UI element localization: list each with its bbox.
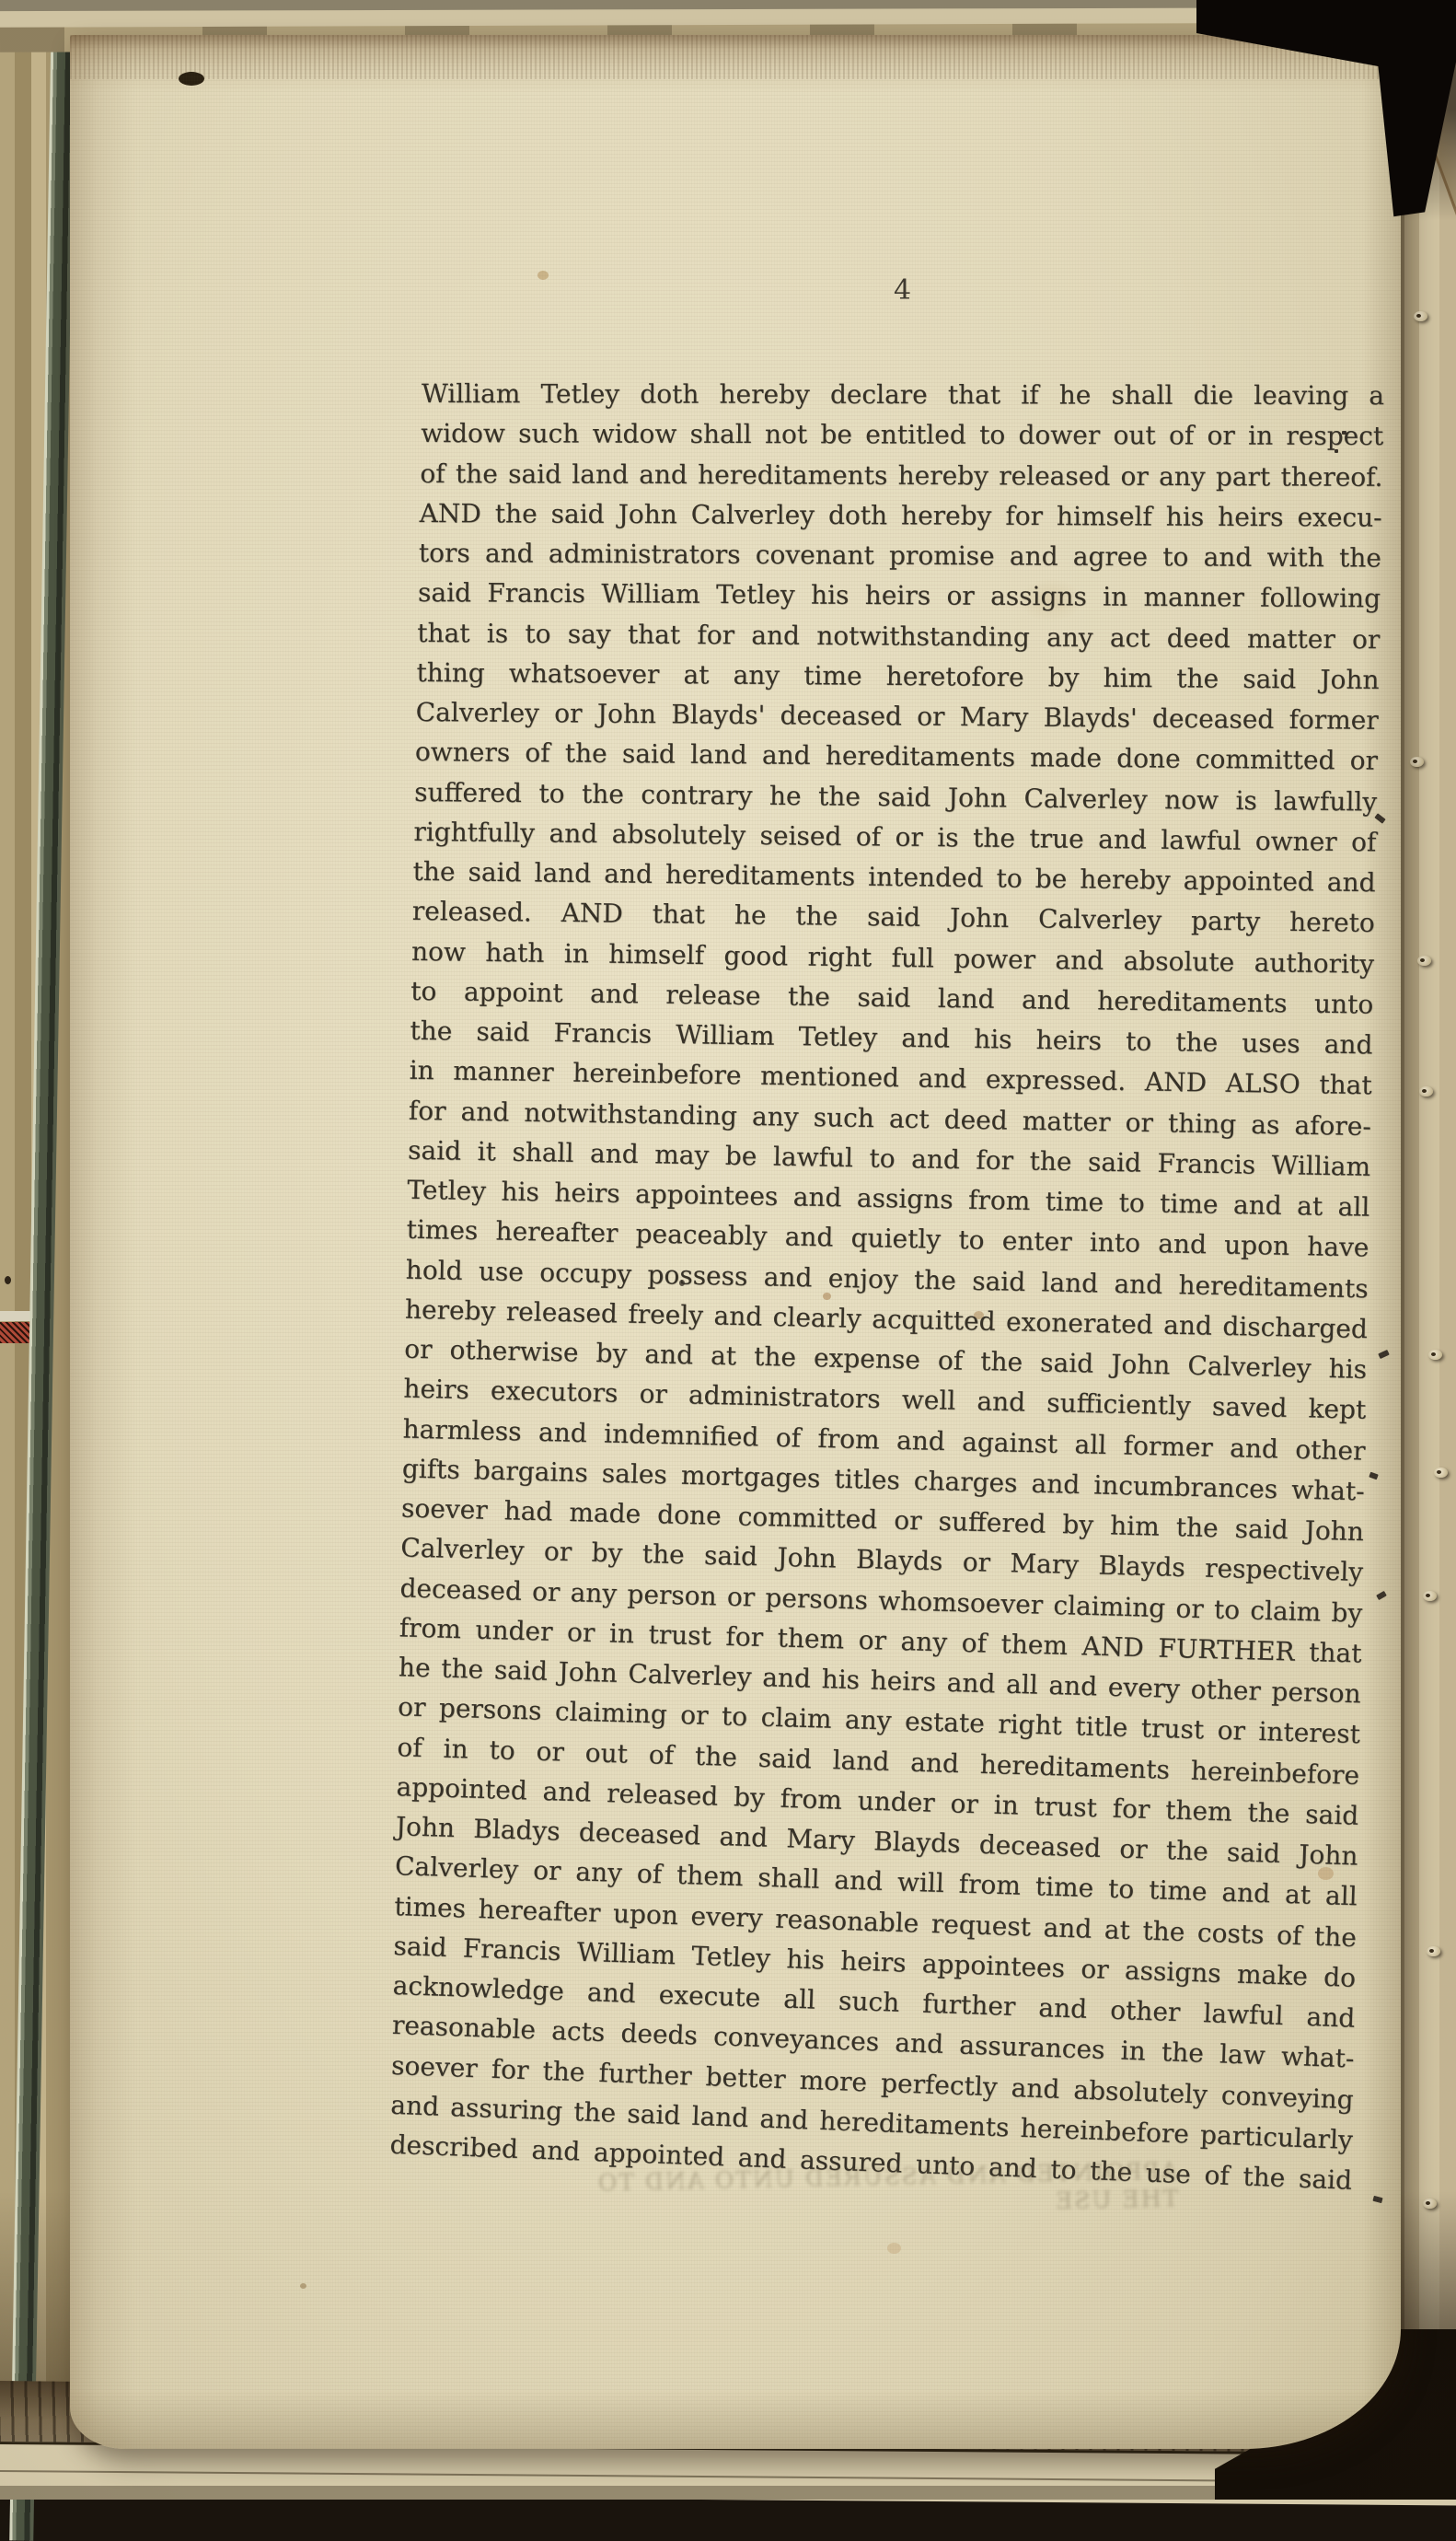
text-line: William Tetley doth hereby declare that … (422, 374, 1384, 415)
deed-body-text: William Tetley doth hereby declare that … (422, 374, 1384, 2165)
text-line: widow such widow shall not be entitled t… (421, 413, 1383, 456)
stain (887, 2243, 901, 2254)
stitch-knot (1434, 1468, 1448, 1478)
stitch-knot (1423, 1591, 1437, 1601)
torn-notch (179, 72, 204, 86)
text-line: said Francis William Tetley his heirs or… (418, 573, 1381, 619)
text-line: AND the said John Calverley doth hereby … (420, 493, 1382, 538)
text-line: that is to say that for and notwithstand… (417, 612, 1380, 658)
margin-mark (1372, 2196, 1382, 2203)
stitch-knot (1414, 311, 1427, 321)
stain (300, 2283, 306, 2289)
stitch-knot (1427, 1946, 1440, 1956)
page-stack-edge (1395, 0, 1456, 2500)
stitch-knot (1417, 956, 1431, 966)
stitch-knot (1428, 1350, 1442, 1360)
text-line: tors and administrators covenant promise… (419, 533, 1381, 578)
ink-speck (5, 1276, 11, 1284)
stitch-knot (1423, 2199, 1437, 2209)
page-number: 4 (422, 274, 1384, 307)
red-hatched-fragment (0, 1322, 33, 1343)
scanned-deed-page-photo: 4 William Tetley doth hereby declare tha… (0, 0, 1456, 2500)
text-line: of the said land and hereditaments hereb… (420, 453, 1382, 496)
stitch-knot (1410, 757, 1424, 767)
stitch-knot (1419, 1086, 1433, 1096)
